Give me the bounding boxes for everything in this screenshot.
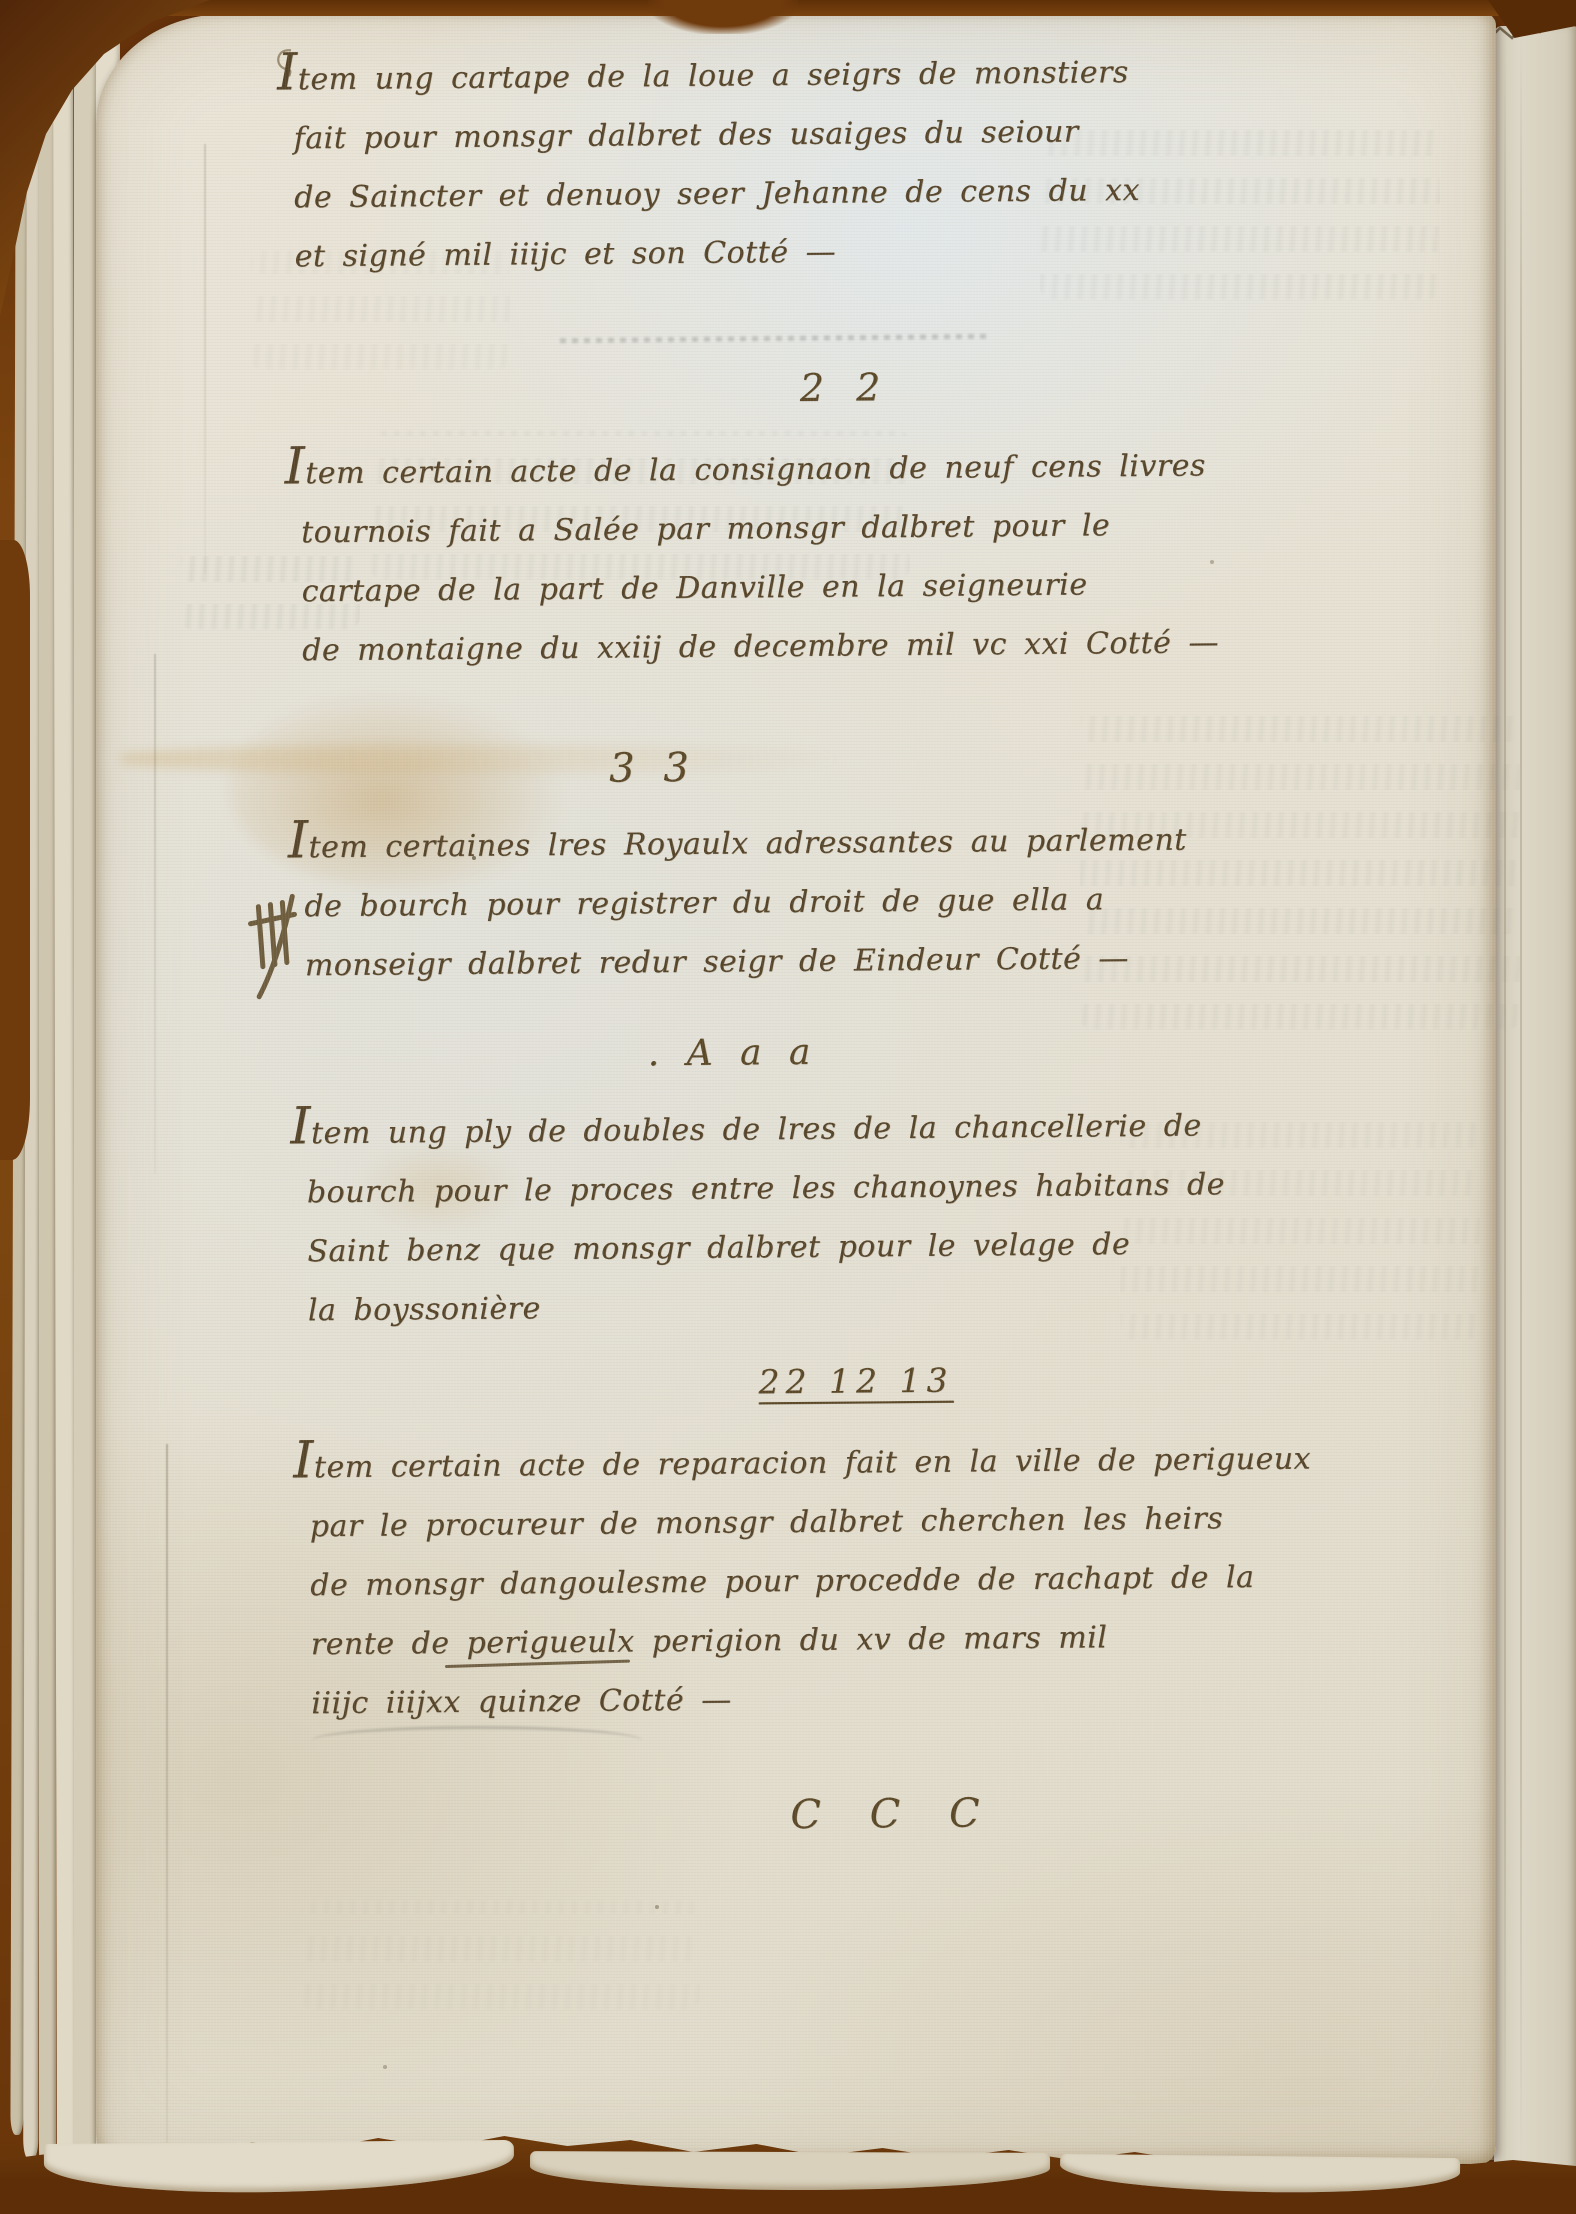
page-edge-crease (1504, 26, 1506, 2178)
handwritten-paragraph: Item ung cartape de la loue a seigrs de … (277, 55, 1141, 299)
handwritten-paragraph: Item ung ply de doubles de lres de la ch… (290, 1108, 1226, 1352)
handwritten-line: fait pour monsgr dalbret des usaiges du … (278, 114, 1140, 181)
cote-mark-22: 2 2 (800, 365, 891, 410)
book-cover-edge-left (0, 540, 30, 1160)
handwritten-paragraph: Item certaines lres Royaulx adressantes … (288, 823, 1188, 1008)
underlying-page-right (1494, 26, 1576, 2178)
book-cover-notch (648, 0, 798, 34)
handwritten-line: Item ung cartape de la loue a seigrs de … (277, 55, 1139, 122)
handwritten-line: Item ung ply de doubles de lres de la ch… (290, 1108, 1225, 1175)
handwritten-line: par le procureur de monsgr dalbret cherc… (294, 1501, 1312, 1569)
handwritten-line: iiijc iiijxx quinze Cotté — (295, 1678, 1313, 1746)
handwritten-line: Item certaines lres Royaulx adressantes … (288, 823, 1187, 890)
manuscript-page: Item ung cartape de la loue a seigrs de … (96, 14, 1496, 2164)
handwritten-line: de montaigne du xxiij de decembre mil vc… (286, 625, 1219, 692)
handwritten-line: tournois fait a Salée par monsgr dalbret… (285, 507, 1218, 574)
handwritten-line: de monsgr dangoulesme pour procedde de r… (294, 1560, 1312, 1628)
handwritten-line: et signé mil iiijc et son Cotté — (279, 232, 1141, 299)
handwritten-line: bourch pour le proces entre les chanoyne… (291, 1167, 1226, 1234)
handwriting-layer: Item ung cartape de la loue a seigrs de … (87, 8, 1506, 2170)
manuscript-photo: { "colors":{ "paper":"#e7e2d4", "paper_s… (0, 0, 1576, 2214)
handwritten-line: Saint benz que monsgr dalbret pour le ve… (291, 1226, 1226, 1293)
handwritten-paragraph: Item certain acte de la consignaon de ne… (284, 448, 1219, 692)
page-edge-crease (1520, 26, 1522, 2178)
handwritten-line: monseigr dalbret redur seigr de Eindeur … (289, 941, 1188, 1008)
handwritten-line: de Saincter et denuoy seer Jehanne de ce… (278, 173, 1140, 240)
handwritten-line: Item certain acte de la consignaon de ne… (284, 448, 1217, 515)
cote-mark-2213: 22 12 13 (758, 1361, 953, 1402)
cote-mark-ccc: C C C (790, 1790, 998, 1838)
handwritten-line: Item certain acte de reparacion fait en … (293, 1442, 1311, 1510)
handwritten-line: rente de perigueulx perigion du xv de ma… (295, 1619, 1313, 1687)
handwritten-paragraph: Item certain acte de reparacion fait en … (293, 1442, 1313, 1746)
cote-mark-aaa: . A a a (648, 1032, 819, 1074)
handwritten-line: la boyssonière (292, 1285, 1227, 1352)
cote-mark-33: 3 3 (609, 745, 697, 792)
handwritten-line: cartape de la part de Danville en la sei… (285, 566, 1218, 633)
handwritten-line: de bourch pour registrer du droit de gue… (288, 882, 1187, 949)
